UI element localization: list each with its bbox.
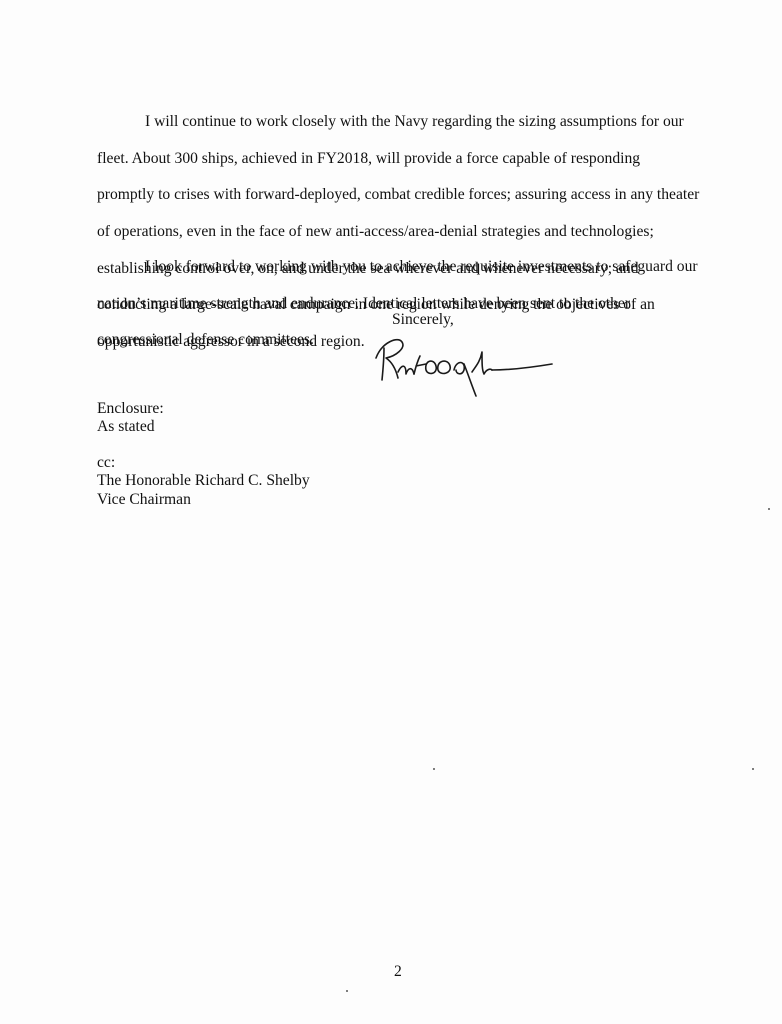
- enclosure-block: Enclosure: As stated: [97, 400, 164, 437]
- enclosure-value: As stated: [97, 418, 164, 436]
- paragraph-line: I look forward to working with you to ac…: [97, 258, 707, 276]
- paragraph-line: I will continue to work closely with the…: [97, 113, 707, 131]
- cc-recipient-name: The Honorable Richard C. Shelby: [97, 472, 310, 490]
- document-page: I will continue to work closely with the…: [0, 0, 782, 1024]
- paragraph-line: of operations, even in the face of new a…: [97, 223, 707, 241]
- cc-recipient-title: Vice Chairman: [97, 491, 310, 509]
- closing-salutation: Sincerely,: [392, 311, 454, 329]
- cc-block: cc: The Honorable Richard C. Shelby Vice…: [97, 454, 310, 509]
- scan-speck: [346, 990, 348, 992]
- scan-speck: [768, 508, 770, 510]
- signature-image: [368, 330, 558, 400]
- cc-label: cc:: [97, 454, 310, 472]
- paragraph-line: promptly to crises with forward-deployed…: [97, 186, 707, 204]
- scan-speck: [433, 768, 435, 770]
- paragraph-line: fleet. About 300 ships, achieved in FY20…: [97, 150, 707, 168]
- page-number: 2: [394, 963, 402, 981]
- scan-speck: [752, 768, 754, 770]
- enclosure-label: Enclosure:: [97, 400, 164, 418]
